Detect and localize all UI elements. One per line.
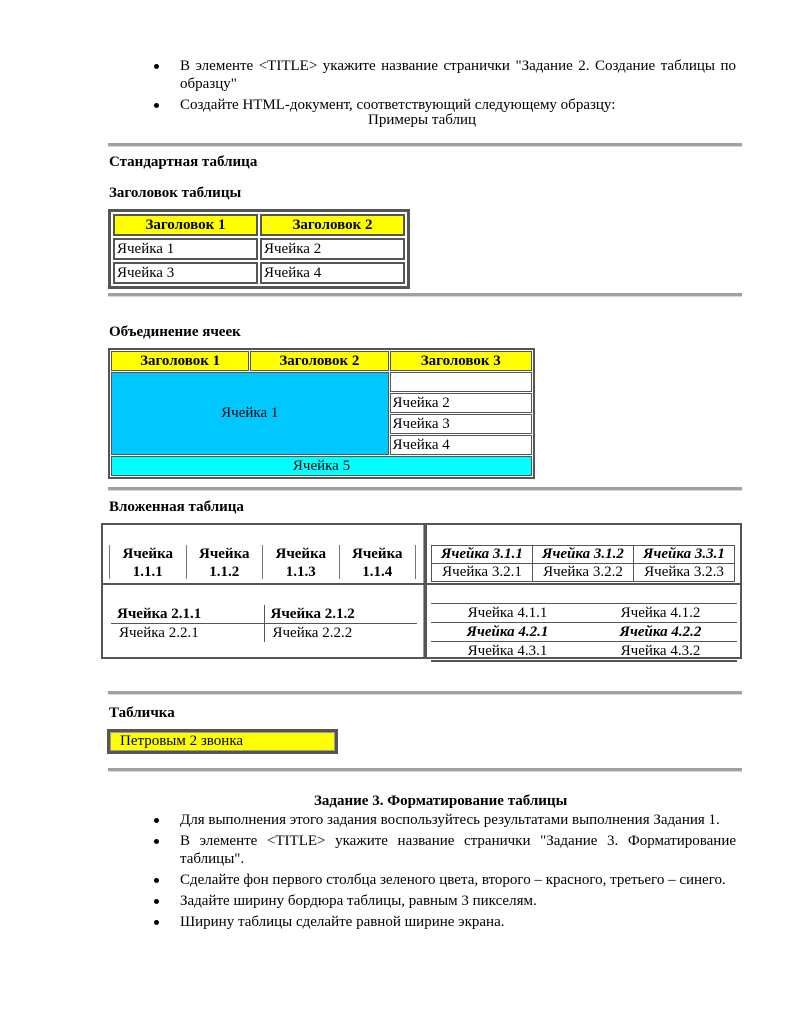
table-cell: Ячейка 4 (390, 435, 532, 455)
t1-cell: Ячейка1.1.2 (187, 545, 264, 579)
standard-heading: Стандартная таблица (109, 154, 257, 171)
t1-cell-line: 1.1.2 (187, 563, 263, 581)
standard-caption: Заголовок таблицы (109, 185, 241, 202)
header-cell: Заголовок 1 (111, 351, 249, 371)
divider (108, 768, 742, 772)
header-cell: Заголовок 2 (250, 351, 388, 371)
t1-cell-line: Ячейка (187, 545, 263, 563)
t2-cell: Ячейка 2.1.1 (111, 605, 264, 623)
merged-cell-1: Ячейка 1 (111, 372, 389, 455)
task3-item: Для выполнения этого задания воспользуйт… (180, 811, 736, 829)
intro-item: В элементе <TITLE> укажите название стра… (180, 57, 736, 93)
t3-cell: Ячейка 3.2.3 (634, 564, 735, 582)
t1-cell-line: 1.1.4 (340, 563, 416, 581)
t4-cell: Ячейка 4.3.2 (584, 642, 737, 660)
nested-t2: Ячейка 2.1.1 Ячейка 2.1.2 Ячейка 2.2.1 Я… (111, 605, 417, 642)
nested-divider (103, 583, 740, 585)
t4-cell: Ячейка 4.1.1 (431, 604, 584, 622)
t1-cell: Ячейка1.1.3 (263, 545, 340, 579)
merged-cell-5: Ячейка 5 (111, 456, 532, 476)
header-cell: Заголовок 2 (260, 214, 405, 236)
t3-cell: Ячейка 3.1.1 (432, 546, 533, 564)
t1-cell: Ячейка1.1.1 (110, 545, 187, 579)
nested-t3: Ячейка 3.1.1 Ячейка 3.1.2 Ячейка 3.3.1 Я… (431, 545, 735, 582)
page-title: Примеры таблиц (368, 112, 476, 129)
t2-cell: Ячейка 2.2.2 (264, 624, 418, 642)
header-cell: Заголовок 1 (113, 214, 258, 236)
t2-cell: Ячейка 2.2.1 (111, 624, 264, 642)
table-cell: Ячейка 1 (113, 238, 258, 260)
t1-cell-line: 1.1.1 (110, 563, 186, 581)
task3-item-text: Сделайте фон первого столбца зеленого цв… (180, 872, 726, 888)
table-cell: Ячейка 4 (260, 262, 405, 284)
t4-row: Ячейка 4.3.1 Ячейка 4.3.2 (431, 642, 737, 662)
divider (108, 293, 742, 297)
task3-item-text: В элементе <TITLE> укажите название стра… (180, 833, 736, 867)
t3-cell: Ячейка 3.3.1 (634, 546, 735, 564)
merge-table: Заголовок 1 Заголовок 2 Заголовок 3 Ячей… (108, 348, 535, 479)
t3-cell: Ячейка 3.2.2 (533, 564, 634, 582)
task3-title: Задание 3. Форматирование таблицы (314, 793, 567, 810)
header-cell: Заголовок 3 (390, 351, 532, 371)
t3-cell: Ячейка 3.1.2 (533, 546, 634, 564)
intro-item-text: В элементе <TITLE> укажите название стра… (180, 58, 736, 92)
divider (108, 487, 742, 491)
task3-item: В элементе <TITLE> укажите название стра… (180, 832, 736, 868)
task3-list: Для выполнения этого задания воспользуйт… (180, 811, 736, 931)
bullet-icon (154, 878, 159, 883)
sign-heading: Табличка (109, 705, 175, 722)
nested-heading: Вложенная таблица (109, 499, 244, 516)
t1-cell-line: Ячейка (110, 545, 186, 563)
t1-cell-line: Ячейка (263, 545, 339, 563)
t1-cell-line: 1.1.3 (263, 563, 339, 581)
bullet-icon (154, 899, 159, 904)
bullet-icon (154, 818, 159, 823)
t4-cell: Ячейка 4.2.2 (584, 623, 737, 641)
divider (108, 691, 742, 695)
t4-cell: Ячейка 4.3.1 (431, 642, 584, 660)
task3-item-text: Для выполнения этого задания воспользуйт… (180, 812, 720, 828)
sign-box: Петровым 2 звонка (107, 729, 338, 754)
standard-table: Заголовок 1 Заголовок 2 Ячейка 1 Ячейка … (108, 209, 410, 289)
task3-item: Задайте ширину бордюра таблицы, равным 3… (180, 892, 736, 910)
t2-head-row: Ячейка 2.1.1 Ячейка 2.1.2 (111, 605, 417, 624)
task3-item: Сделайте фон первого столбца зеленого цв… (180, 871, 736, 889)
t2-cell: Ячейка 2.1.2 (264, 605, 418, 623)
t1-cell-line: Ячейка (340, 545, 416, 563)
task3-item-text: Ширину таблицы сделайте равной ширине эк… (180, 914, 504, 930)
t1-cell: Ячейка1.1.4 (340, 545, 417, 579)
nested-table: Ячейка1.1.1 Ячейка1.1.2 Ячейка1.1.3 Ячей… (101, 523, 742, 659)
t4-row: Ячейка 4.1.1 Ячейка 4.1.2 (431, 604, 737, 623)
t4-row: Ячейка 4.2.1 Ячейка 4.2.2 (431, 623, 737, 642)
t3-cell: Ячейка 3.2.1 (432, 564, 533, 582)
intro-list: В элементе <TITLE> укажите название стра… (180, 57, 736, 114)
bullet-icon (154, 839, 159, 844)
divider (108, 143, 742, 147)
nested-divider (423, 525, 427, 657)
t2-row: Ячейка 2.2.1 Ячейка 2.2.2 (111, 624, 417, 642)
intro-item-text: Создайте HTML-документ, соответствующий … (180, 97, 615, 113)
task3-item: Ширину таблицы сделайте равной ширине эк… (180, 913, 736, 931)
table-cell: Ячейка 2 (390, 393, 532, 413)
task3-item-text: Задайте ширину бордюра таблицы, равным 3… (180, 893, 537, 909)
bullet-icon (154, 103, 159, 108)
nested-t1: Ячейка1.1.1 Ячейка1.1.2 Ячейка1.1.3 Ячей… (109, 545, 416, 579)
bullet-icon (154, 64, 159, 69)
table-cell: Ячейка 3 (390, 414, 532, 434)
table-cell: Ячейка 2 (260, 238, 405, 260)
nested-t4: Ячейка 4.1.1 Ячейка 4.1.2 Ячейка 4.2.1 Я… (431, 603, 737, 662)
table-cell: Ячейка 3 (113, 262, 258, 284)
t4-cell: Ячейка 4.2.1 (431, 623, 584, 641)
table-cell (390, 372, 532, 392)
t4-cell: Ячейка 4.1.2 (584, 604, 737, 622)
merge-heading: Объединение ячеек (109, 324, 241, 341)
bullet-icon (154, 920, 159, 925)
